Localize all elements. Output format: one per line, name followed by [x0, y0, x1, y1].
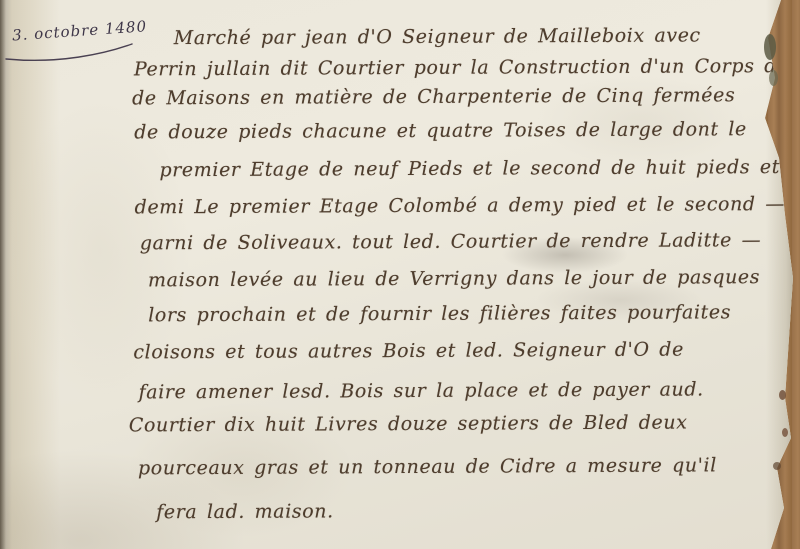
manuscript-text-block: Marché par jean d'O Seigneur de Maillebo…	[0, 0, 800, 549]
manuscript-line: faire amener lesd. Bois sur la place et …	[139, 378, 704, 403]
manuscript-line: demi Le premier Etage Colombé a demy pie…	[135, 193, 785, 218]
manuscript-line: Perrin jullain dit Courtier pour la Cons…	[134, 55, 789, 80]
manuscript-line: maison levée au lieu de Verrigny dans le…	[148, 266, 760, 291]
paper-stain	[779, 390, 786, 400]
paper-stain	[764, 34, 776, 60]
manuscript-page: 3. octobre 1480 Marché par jean d'O Seig…	[0, 0, 800, 549]
manuscript-line: pourceaux gras et un tonneau de Cidre a …	[138, 454, 717, 479]
manuscript-line: garni de Soliveaux. tout led. Courtier d…	[140, 229, 761, 254]
paper-stain	[769, 70, 778, 86]
manuscript-photo: 3. octobre 1480 Marché par jean d'O Seig…	[0, 0, 800, 549]
manuscript-line: cloisons et tous autres Bois et led. Sei…	[133, 339, 684, 364]
manuscript-line: premier Etage de neuf Pieds et le second…	[159, 156, 780, 181]
manuscript-line: fera lad. maison.	[156, 500, 334, 523]
manuscript-line: de Maisons en matière de Charpenterie de…	[132, 84, 735, 109]
paper-stain	[782, 428, 788, 437]
paper-stain	[773, 462, 781, 470]
manuscript-line: lors prochain et de fournir les filières…	[148, 301, 731, 326]
manuscript-line: Courtier dix huit Livres douze septiers …	[129, 411, 688, 436]
manuscript-line: Marché par jean d'O Seigneur de Maillebo…	[174, 24, 701, 49]
manuscript-line: de douze pieds chacune et quatre Toises …	[134, 118, 747, 143]
